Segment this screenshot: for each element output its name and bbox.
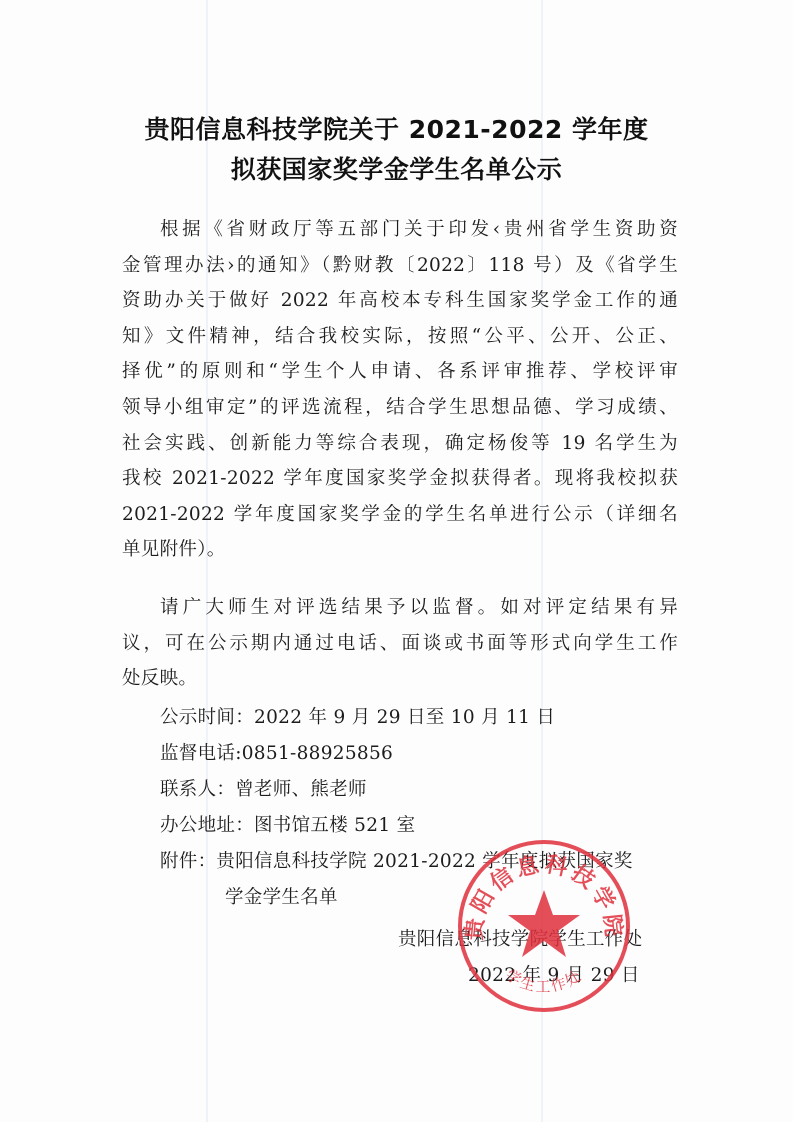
publicity-period: 公示时间：2022 年 9 月 29 日至 10 月 11 日	[160, 700, 716, 736]
paragraph-1-line: 领导小组审定”的评选流程，结合学生思想品德、学习成绩、	[122, 390, 678, 426]
paragraph-1-line: 2021-2022 学年度国家奖学金的学生名单进行公示（详细名	[122, 497, 678, 533]
paragraph-1-line: 根据《省财政厅等五部门关于印发‹贵州省学生资助资	[160, 212, 678, 248]
paragraph-1-line: 我校 2021-2022 学年度国家奖学金拟获得者。现将我校拟获	[122, 461, 678, 497]
paragraph-1-line: 择优”的原则和“学生个人申请、各系评审推荐、学校评审	[122, 354, 678, 390]
paragraph-2-line: 议，可在公示期内通过电话、面谈或书面等形式向学生工作	[122, 626, 678, 662]
paragraph-1-line: 社会实践、创新能力等综合表现，确定杨俊等 19 名学生为	[122, 426, 678, 462]
paragraph-1-line: 知》文件精神，结合我校实际，按照“公平、公开、公正、	[122, 319, 678, 355]
document-title-line-1: 贵阳信息科技学院关于 2021-2022 学年度	[0, 110, 793, 150]
contact-persons: 联系人：曾老师、熊老师	[160, 772, 716, 808]
document-title-line-2: 拟获国家奖学金学生名单公示	[0, 150, 793, 190]
supervision-phone: 监督电话:0851-88925856	[160, 736, 716, 772]
paragraph-2-line: 请广大师生对评选结果予以监督。如对评定结果有异	[160, 590, 678, 626]
issuing-department: 贵阳信息科技学院学生工作处	[398, 922, 642, 958]
attachment-line-1: 附件：贵阳信息科技学院 2021-2022 学年度拟获国家奖	[160, 844, 716, 880]
paragraph-1-line: 单见附件）。	[122, 532, 678, 568]
paragraph-1-line: 金管理办法›的通知》（黔财教〔2022〕118 号）及《省学生	[122, 248, 678, 284]
document-page: 贵阳信息科技学院关于 2021-2022 学年度 拟获国家奖学金学生名单公示 根…	[0, 0, 793, 1122]
paragraph-2-line: 处反映。	[122, 661, 678, 697]
office-address: 办公地址：图书馆五楼 521 室	[160, 808, 716, 844]
attachment-line-2: 学金学生名单	[225, 880, 781, 916]
issue-date: 2022 年 9 月 29 日	[468, 958, 640, 994]
paragraph-1-line: 资助办关于做好 2022 年高校本专科生国家奖学金工作的通	[122, 283, 678, 319]
